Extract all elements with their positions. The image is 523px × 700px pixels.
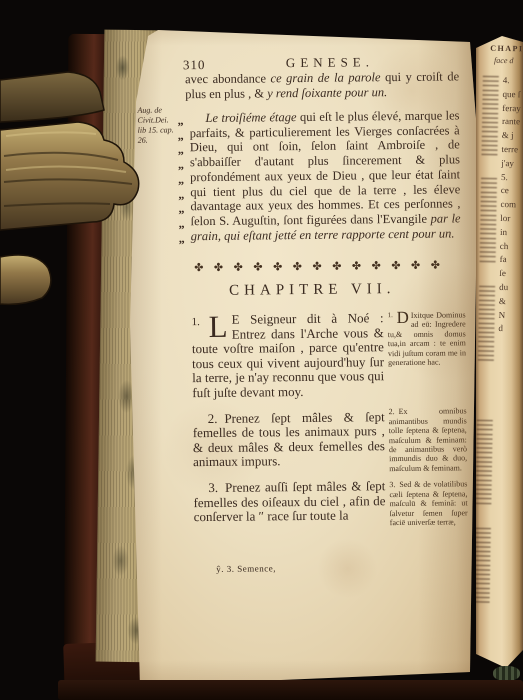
left-page-content: 310 GENESE. avec abondance ce grain de l… xyxy=(125,22,486,690)
right-page-edge: CHAPI face d 4. que ſ feray rante & j te… xyxy=(476,36,523,668)
latin-note-3-number: 3. xyxy=(389,480,399,489)
right-page-subheader-fragment: face d xyxy=(494,56,513,65)
page-number: 310 xyxy=(183,57,206,73)
chapter-heading: CHAPITRE VII. xyxy=(167,280,457,300)
verse-1-number: 1. xyxy=(192,315,200,330)
antique-book-photo: 310 GENESE. avec abondance ce grain de l… xyxy=(0,0,523,700)
intro-italic-2: y rend ſoixante pour un. xyxy=(267,85,387,100)
left-page: 310 GENESE. avec abondance ce grain de l… xyxy=(128,24,482,688)
verse-2: 2.Prenez ſept mâles & ſept femelles de t… xyxy=(193,410,386,470)
paragraph-roman-body: qui eſt le plus élevé, marque les parfai… xyxy=(190,108,461,228)
clasp-catch-hook xyxy=(0,255,51,304)
paragraph-italic-lead: Le troiſiéme étage xyxy=(205,110,300,125)
headband-braid xyxy=(493,666,520,681)
verse-3-number: 3. xyxy=(208,480,225,495)
verse-3: 3.Prenez auſſi ſept mâles & ſept femelle… xyxy=(193,479,385,525)
body-paragraph: Le troiſiéme étage qui eſt le plus élevé… xyxy=(189,108,460,243)
brass-clasp xyxy=(0,52,150,342)
right-page-text-fragments: 4. que ſ feray rante & j terre j'ay 5. c… xyxy=(498,74,521,336)
footnote: ŷ. 3. Semence, xyxy=(216,563,276,574)
latin-note-2-text: Ex omnibus animantibus mundis tolle ſept… xyxy=(389,407,467,473)
verse-2-number: 2. xyxy=(208,410,225,425)
clasp-hinge-strap xyxy=(0,72,104,122)
clasp-main-plate xyxy=(0,122,139,230)
right-page-margin-text-blur xyxy=(480,178,497,264)
right-page-margin-text-blur xyxy=(478,286,495,364)
latin-note-1: 1.DIxitque Dominus ad eū: Ingredere tu,&… xyxy=(388,310,467,367)
intro-paragraph: avec abondance ce grain de la parole qui… xyxy=(185,69,459,102)
latin-note-1-number: 1. xyxy=(388,311,393,320)
latin-note-2: 2.Ex omnibus animantibus mundis tolle ſe… xyxy=(389,407,468,474)
right-page-margin-text-blur xyxy=(481,76,498,156)
book-cover-bottom-edge xyxy=(58,680,523,700)
verse-1: 1.LE Seigneur dit à Noé : Entrez dans l'… xyxy=(192,311,385,401)
latin-note-3: 3.Sed & de volatilibus cæli ſeptena & ſe… xyxy=(389,480,467,528)
right-page-margin-text-blur xyxy=(474,528,491,604)
french-verse-column: 1.LE Seigneur dit à Noé : Entrez dans l'… xyxy=(192,311,386,529)
right-page-content: CHAPI face d 4. que ſ feray rante & j te… xyxy=(470,36,523,669)
latin-note-column: 1.DIxitque Dominus ad eū: Ingredere tu,&… xyxy=(388,310,468,527)
intro-roman-1: avec abondance xyxy=(185,71,271,86)
verse-columns: 1.LE Seigneur dit à Noé : Entrez dans l'… xyxy=(192,310,468,529)
intro-italic-1: ce grain de la parole xyxy=(270,70,385,85)
latin-note-3-text: Sed & de volatilibus cæli ſeptena & ſept… xyxy=(389,480,467,527)
running-title: GENESE. xyxy=(265,54,395,71)
right-page-header-fragment: CHAPI xyxy=(490,44,523,54)
right-page-margin-text-blur xyxy=(475,420,492,506)
latin-note-2-number: 2. xyxy=(389,407,399,416)
fleuron-ornament-row-icon: ✤ ✤ ✤ ✤ ✤ ✤ ✤ ✤ ✤ ✤ ✤ ✤ ✤ xyxy=(181,258,453,274)
